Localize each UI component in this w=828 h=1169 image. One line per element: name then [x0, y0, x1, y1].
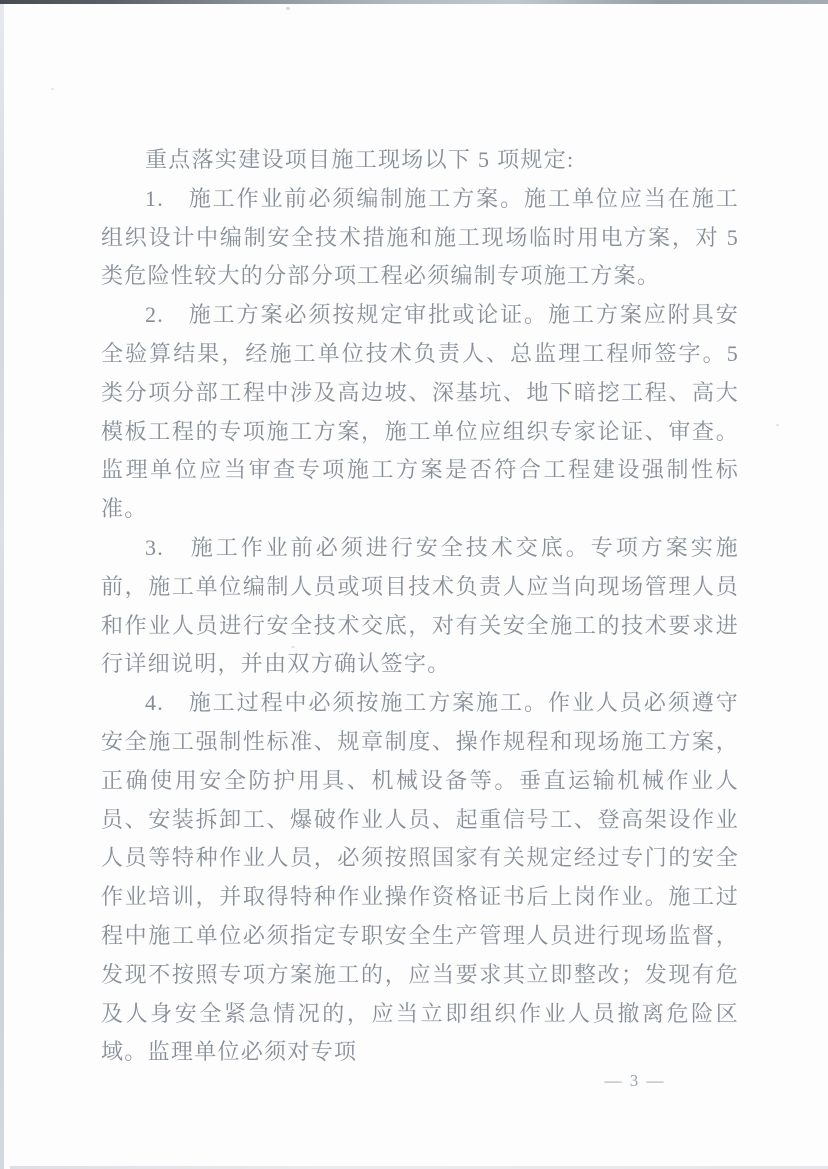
scan-speck: [286, 7, 290, 10]
document-body: 重点落实建设项目施工现场以下 5 项规定: 1. 施工作业前必须编制施工方案。施…: [101, 141, 739, 1072]
scanned-document-page: 重点落实建设项目施工现场以下 5 项规定: 1. 施工作业前必须编制施工方案。施…: [0, 0, 828, 1169]
scan-speck: [51, 88, 54, 90]
rule-item-1: 1. 施工作业前必须编制施工方案。施工单位应当在施工组织设计中编制安全技术措施和…: [101, 180, 739, 296]
rule-item-2: 2. 施工方案必须按规定审批或论证。施工方案应附具安全验算结果，经施工单位技术负…: [101, 296, 739, 529]
scan-edge-left: [0, 4, 4, 1169]
page-number: — 3 —: [560, 1071, 710, 1091]
scan-edge-top: [0, 0, 828, 4]
rule-item-4: 4. 施工过程中必须按施工方案施工。作业人员必须遵守安全施工强制性标准、规章制度…: [101, 684, 739, 1072]
scan-speck: [776, 424, 779, 426]
rule-item-3: 3. 施工作业前必须进行安全技术交底。专项方案实施前，施工单位编制人员或项目技术…: [101, 529, 739, 684]
intro-line: 重点落实建设项目施工现场以下 5 项规定:: [101, 141, 739, 180]
